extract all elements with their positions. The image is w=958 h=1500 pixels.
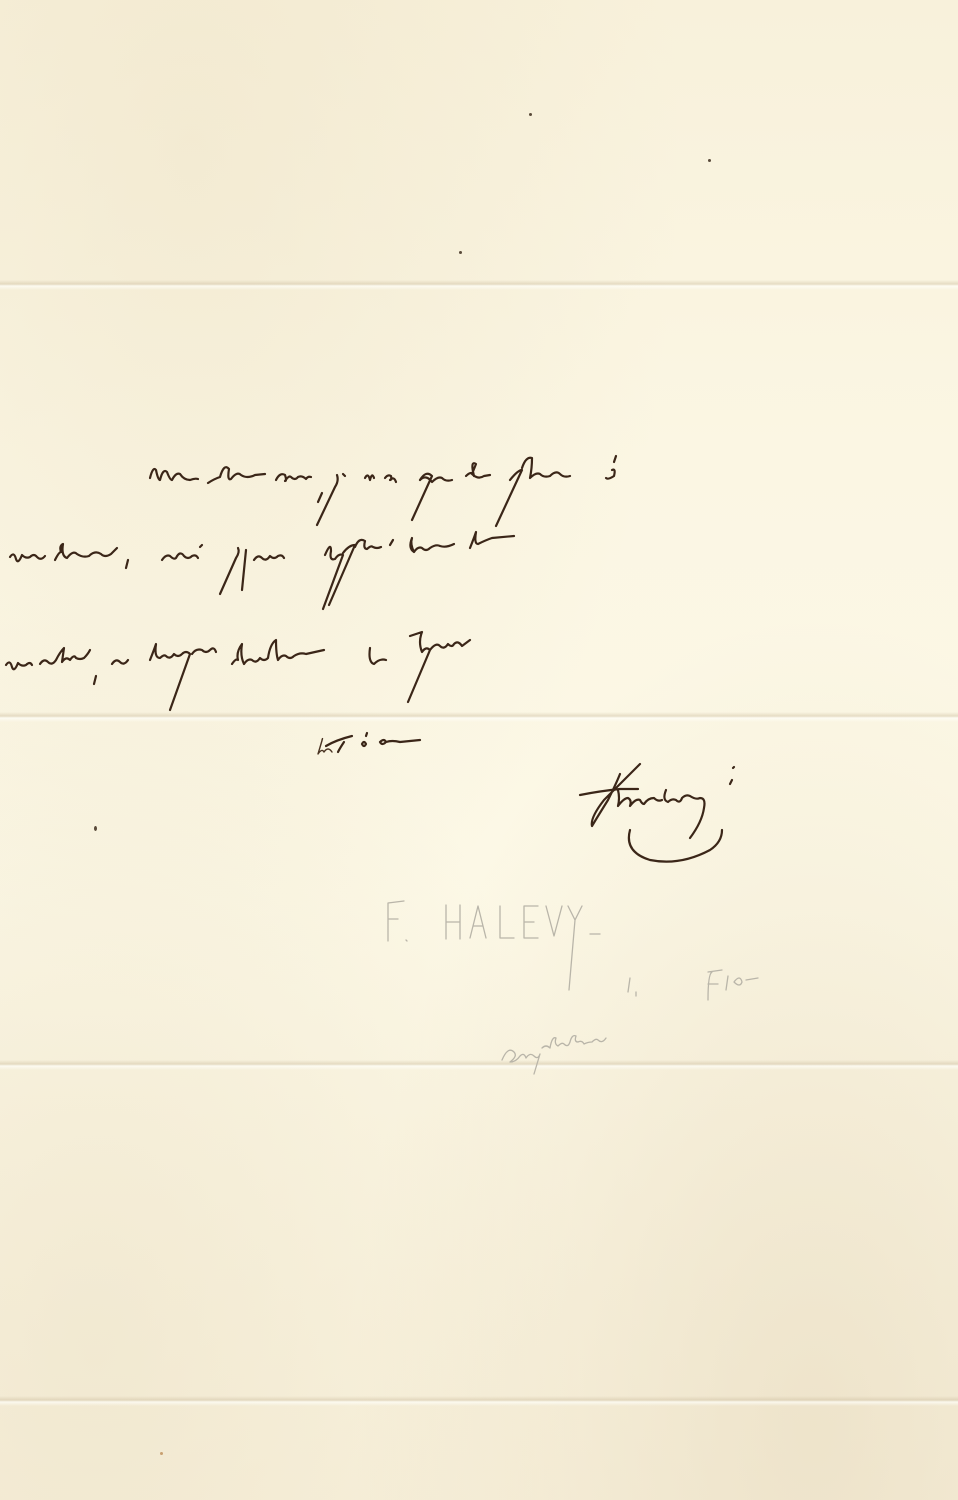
pencil-annotation (0, 0, 958, 1500)
letter-page: Mon cher ami, je n'ai pas de place à vou… (0, 0, 958, 1500)
